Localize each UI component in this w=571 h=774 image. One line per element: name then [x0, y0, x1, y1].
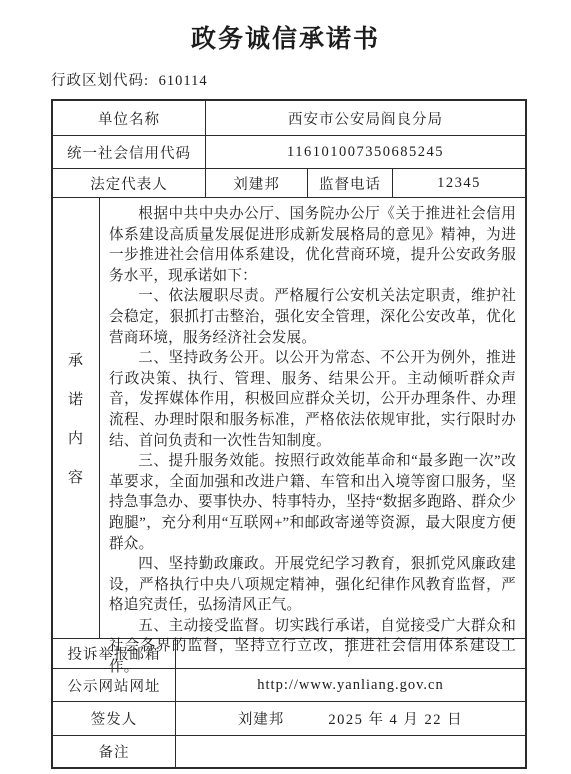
unit-name-value: 西安市公安局阎良分局: [205, 101, 525, 135]
credit-code-value: 116101007350685245: [205, 136, 525, 168]
issuer-label: 签发人: [53, 702, 175, 735]
row-issuer: 签发人 刘建邦 2025 年 4 月 22 日: [53, 701, 525, 735]
page-title: 政务诚信承诺书: [0, 0, 571, 55]
remark-value: [175, 736, 525, 767]
admin-division-code-value: 610114: [159, 73, 208, 89]
complaint-email-label: 投诉举报邮箱: [53, 639, 175, 668]
issue-date: 2025 年 4 月 22 日: [328, 708, 463, 729]
supervision-phone-value: 12345: [392, 169, 525, 197]
credit-code-label: 统一社会信用代码: [53, 136, 205, 168]
supervision-phone-label: 监督电话: [307, 169, 392, 197]
commitment-content-label: 承 诺 内 容: [53, 198, 99, 638]
row-remark: 备注: [53, 735, 525, 767]
legal-rep-label: 法定代表人: [53, 169, 205, 197]
commitment-label-char: 承: [68, 349, 84, 370]
remark-label: 备注: [53, 736, 175, 767]
public-website-label: 公示网站网址: [53, 669, 175, 701]
commitment-label-char: 诺: [68, 388, 84, 409]
admin-division-code-label: 行政区划代码:: [51, 73, 149, 89]
unit-name-label: 单位名称: [53, 101, 205, 135]
complaint-email-value: /: [175, 639, 525, 668]
public-website-value: http://www.yanliang.gov.cn: [175, 669, 525, 701]
legal-rep-value: 刘建邦: [205, 169, 307, 197]
commitment-form-table: 单位名称 西安市公安局阎良分局 统一社会信用代码 116101007350685…: [51, 99, 527, 769]
commitment-letter-document: 政务诚信承诺书 行政区划代码: 610114 单位名称 西安市公安局阎良分局 统…: [0, 0, 571, 774]
row-complaint-email: 投诉举报邮箱 /: [53, 638, 525, 668]
row-unit-name: 单位名称 西安市公安局阎良分局: [53, 101, 525, 135]
issuer-name: 刘建邦: [238, 708, 285, 729]
commitment-label-char: 容: [68, 466, 84, 487]
admin-division-code: 行政区划代码: 610114: [51, 69, 571, 90]
issuer-value: 刘建邦 2025 年 4 月 22 日: [175, 702, 525, 735]
commitment-label-char: 内: [68, 427, 84, 448]
row-legal-representative: 法定代表人 刘建邦 监督电话 12345: [53, 168, 525, 197]
row-public-website: 公示网站网址 http://www.yanliang.gov.cn: [53, 668, 525, 701]
row-commitment-content: 承 诺 内 容 根据中共中央办公厅、国务院办公厅《关于推进社会信用体系建设高质量…: [53, 197, 525, 638]
row-credit-code: 统一社会信用代码 116101007350685245: [53, 135, 525, 168]
commitment-content-text: 根据中共中央办公厅、国务院办公厅《关于推进社会信用体系建设高质量发展促进形成新发…: [99, 198, 525, 638]
